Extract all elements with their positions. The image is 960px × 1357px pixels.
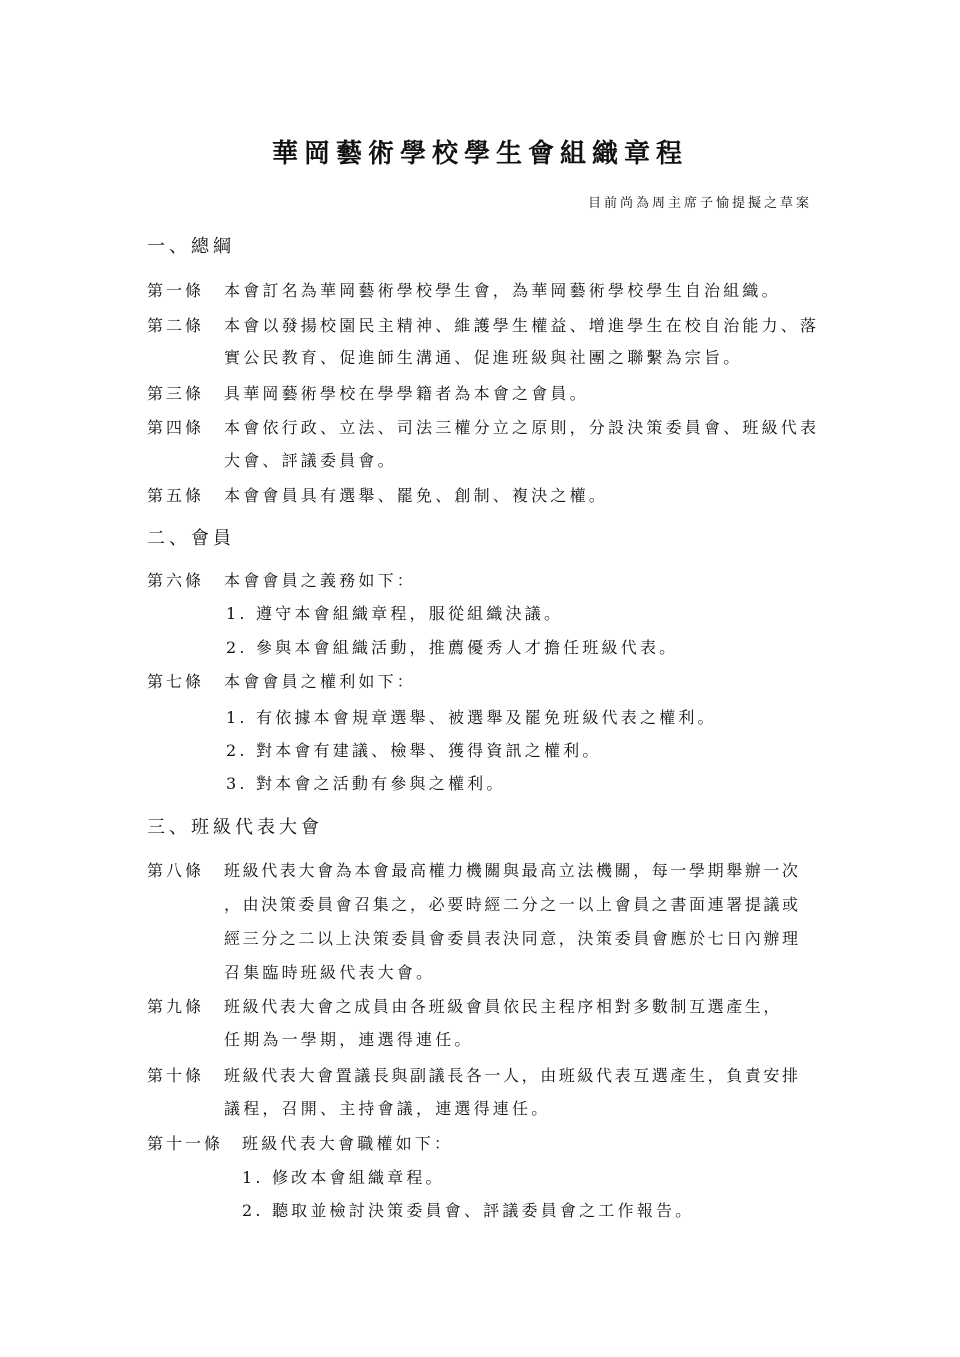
- list-item: 3. 對本會之活動有參與之權利。: [226, 771, 506, 794]
- section-heading: 二、會員: [147, 524, 235, 550]
- article-text: 議程，召開、主持會議，連選得連任。: [224, 1096, 550, 1119]
- article-text: 本會會員之義務如下：: [224, 568, 416, 591]
- article-text: ，由決策委員會召集之，必要時經二分之一以上會員之書面連署提議或: [224, 892, 801, 915]
- article-label: 第五條: [147, 483, 204, 506]
- article-text: 本會依行政、立法、司法三權分立之原則，分設決策委員會、班級代表: [224, 415, 819, 438]
- list-item: 1. 有依據本會規章選舉、被選舉及罷免班級代表之權利。: [226, 705, 717, 728]
- document-page: 華岡藝術學校學生會組織章程 目前尚為周主席子愉提擬之草案 一、總綱 第一條 本會…: [0, 0, 960, 1357]
- article-text: 本會會員之權利如下：: [224, 669, 416, 692]
- article-text: 本會訂名為華岡藝術學校學生會，為華岡藝術學校學生自治組織。: [224, 278, 781, 301]
- document-title: 華岡藝術學校學生會組織章程: [0, 133, 960, 170]
- article-label: 第二條: [147, 313, 204, 336]
- article-label: 第十一條: [147, 1131, 223, 1154]
- article-text: 任期為一學期，連選得連任。: [224, 1027, 474, 1050]
- article-text: 班級代表大會之成員由各班級會員依民主程序相對多數制互選產生，: [224, 994, 782, 1017]
- list-item: 2. 對本會有建議、檢舉、獲得資訊之權利。: [226, 738, 602, 761]
- list-item: 2. 聽取並檢討決策委員會、評議委員會之工作報告。: [242, 1198, 694, 1221]
- article-text: 具華岡藝術學校在學學籍者為本會之會員。: [224, 381, 589, 404]
- article-text: 本會以發揚校園民主精神、維護學生權益、增進學生在校自治能力、落: [224, 313, 819, 336]
- article-text: 班級代表大會為本會最高權力機關與最高立法機關，每一學期舉辦一次: [224, 858, 801, 881]
- article-label: 第三條: [147, 381, 204, 404]
- article-text: 經三分之二以上決策委員會委員表決同意，決策委員會應於七日內辦理: [224, 926, 801, 949]
- article-text: 本會會員具有選舉、罷免、創制、複決之權。: [224, 483, 608, 506]
- list-item: 1. 修改本會組織章程。: [242, 1165, 445, 1188]
- article-label: 第十條: [147, 1063, 204, 1086]
- list-item: 1. 遵守本會組織章程，服從組織決議。: [226, 601, 563, 624]
- list-item: 2. 參與本會組織活動，推薦優秀人才擔任班級代表。: [226, 635, 678, 658]
- article-text: 班級代表大會職權如下：: [242, 1131, 453, 1154]
- draft-note: 目前尚為周主席子愉提擬之草案: [588, 192, 812, 211]
- article-label: 第六條: [147, 568, 204, 591]
- article-text: 實公民教育、促進師生溝通、促進班級與社團之聯繫為宗旨。: [224, 345, 742, 368]
- article-label: 第九條: [147, 994, 204, 1017]
- section-heading: 一、總綱: [147, 232, 235, 258]
- article-label: 第七條: [147, 669, 204, 692]
- article-label: 第一條: [147, 278, 204, 301]
- article-text: 班級代表大會置議長與副議長各一人，由班級代表互選產生，負責安排: [224, 1063, 801, 1086]
- article-text: 召集臨時班級代表大會。: [224, 960, 435, 983]
- article-text: 大會、評議委員會。: [224, 448, 397, 471]
- section-heading: 三、班級代表大會: [147, 813, 323, 839]
- article-label: 第八條: [147, 858, 204, 881]
- article-label: 第四條: [147, 415, 204, 438]
